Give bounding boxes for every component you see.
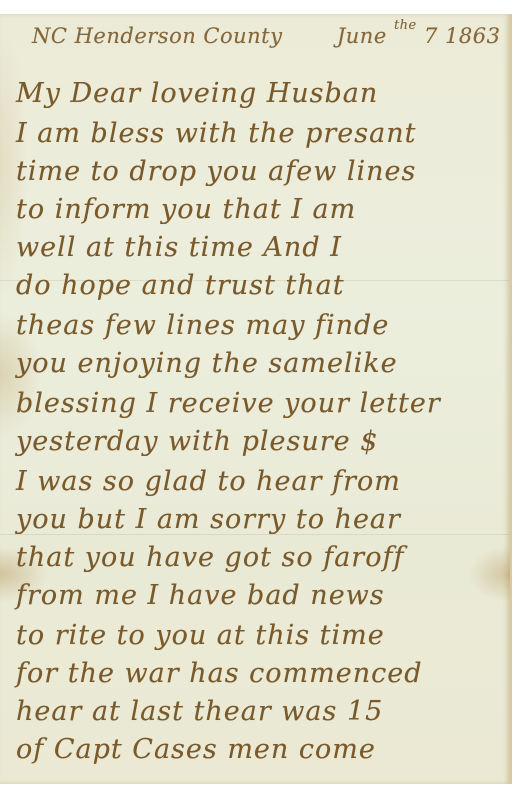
heading-place: NC Henderson County bbox=[32, 24, 282, 48]
letter-line: you but I am sorry to hear bbox=[16, 504, 516, 535]
heading-day: 7 bbox=[424, 24, 438, 48]
letter-line: for the war has commenced bbox=[16, 658, 516, 689]
letter-line: blessing I receive your letter bbox=[16, 388, 516, 419]
letter-line: of Capt Cases men come bbox=[16, 734, 516, 765]
heading-year: 1863 bbox=[445, 24, 500, 48]
heading-day-superscript: the bbox=[394, 18, 417, 33]
letter-line: do hope and trust that bbox=[16, 270, 516, 301]
letter-line: well at this time And I bbox=[16, 232, 516, 263]
letter-salutation: My Dear loveing Husban bbox=[16, 78, 516, 109]
letter-line: that you have got so faroff bbox=[16, 542, 516, 573]
letter-line: I am bless with the presant bbox=[16, 118, 516, 149]
letter-line: theas few lines may finde bbox=[16, 310, 516, 341]
letter-line: to rite to you at this time bbox=[16, 620, 516, 651]
letter-line: you enjoying the samelike bbox=[16, 348, 516, 379]
letter-line: from me I have bad news bbox=[16, 580, 516, 611]
letter-line: to inform you that I am bbox=[16, 194, 516, 225]
letter-line: hear at last thear was 15 bbox=[16, 696, 516, 727]
letter-line: yesterday with plesure $ bbox=[16, 426, 516, 457]
heading-month: June bbox=[337, 24, 387, 48]
letter-heading: NC Henderson County June the 7 1863 bbox=[32, 18, 500, 48]
letter-line: time to drop you afew lines bbox=[16, 156, 516, 187]
letter-line: I was so glad to hear from bbox=[16, 466, 516, 497]
